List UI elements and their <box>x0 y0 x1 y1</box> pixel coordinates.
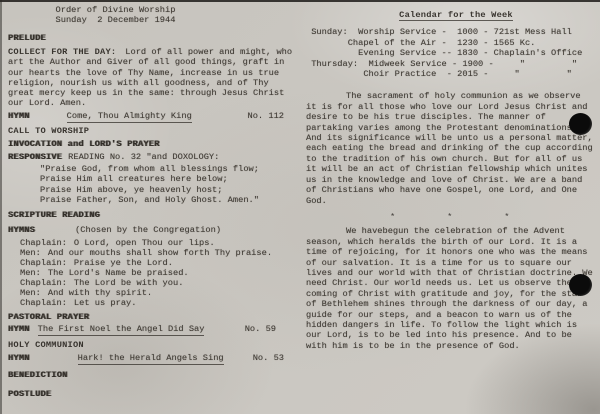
calendar-column: Calendar for the Week Sunday: Worship Se… <box>306 10 594 351</box>
hymn3-title: Hark! the Herald Angels Sing <box>78 354 224 364</box>
versicle-text: Praise ye the Lord. <box>74 258 173 268</box>
versicle-speaker: Chaplain: <box>20 278 67 288</box>
hole-punch-bottom <box>569 274 592 296</box>
doxology-block: "Praise God, from whom all blessings flo… <box>8 164 296 205</box>
versicle-text: O Lord, open Thou our lips. <box>74 238 215 248</box>
calendar-line: Choir Practice - 2015 - " " <box>306 69 594 79</box>
hymn-row-2: HYMN The First Noel the Angel Did Say No… <box>8 324 296 335</box>
doxology-line: Praise Father, Son, and Holy Ghost. Amen… <box>40 195 296 205</box>
hymn1-label: HYMN <box>8 111 30 121</box>
versicle-line: Men:And with thy spirit. <box>20 288 296 298</box>
calendar-line: Sunday: Worship Service - 1000 - 721st M… <box>306 27 594 37</box>
advent-message: We havebegun the celebration of the Adve… <box>306 226 594 351</box>
versicle-line: Men:And our mouths shall show forth Thy … <box>20 248 296 258</box>
versicle-speaker: Chaplain: <box>20 298 67 308</box>
versicle-speaker: Men: <box>20 248 41 258</box>
order-of-worship-column: Order of Divine Worship Sunday 2 Decembe… <box>8 5 296 400</box>
versicle-speaker: Chaplain: <box>20 258 67 268</box>
invocation-text: INVOCATION and LORD'S PRAYER <box>8 139 160 149</box>
section-holy-communion: HOLY COMMUNION <box>8 340 296 350</box>
collect-label: COLLECT FOR THE DAY: <box>8 47 116 57</box>
collect-text: Lord of all power and might, who art the… <box>8 47 292 108</box>
service-date: Sunday 2 December 1944 <box>8 15 223 25</box>
hymn1-number: No. 112 <box>248 111 285 121</box>
calendar-title: Calendar for the Week <box>366 10 546 21</box>
calendar-schedule: Sunday: Worship Service - 1000 - 721st M… <box>306 27 594 79</box>
versicle-line: Chaplain:O Lord, open Thou our lips. <box>20 238 296 248</box>
communion-message: The sacrament of holy communion as we ob… <box>306 91 594 205</box>
versicle-line: Chaplain:The Lord be with you. <box>20 278 296 288</box>
hymn3-label: HYMN <box>8 353 30 363</box>
calendar-title-text: Calendar for the Week <box>399 11 513 21</box>
doxology-line: Praise Him above, ye heavenly host; <box>40 185 296 195</box>
versicle-text: The Lord's Name be praised. <box>48 268 189 278</box>
versicle-text: And with thy spirit. <box>48 288 152 298</box>
hymn2-number: No. 59 <box>245 324 276 334</box>
collect-paragraph: COLLECT FOR THE DAY:Lord of all power an… <box>8 47 296 108</box>
section-call-to-worship: CALL TO WORSHIP <box>8 126 296 136</box>
versicle-line: Chaplain:Let us pray. <box>20 298 296 308</box>
hole-punch-top <box>569 113 592 135</box>
versicles-block: Chaplain:O Lord, open Thou our lips. Men… <box>8 238 296 308</box>
doxology-line: Praise Him all creatures here below; <box>40 174 296 184</box>
hymn2-label: HYMN <box>8 324 30 334</box>
versicle-text: Let us pray. <box>74 298 137 308</box>
versicle-speaker: Men: <box>20 268 41 278</box>
versicle-speaker: Men: <box>20 288 41 298</box>
hymns-note: (Chosen by the Congregation) <box>75 225 221 235</box>
calendar-line: Evening Service -- 1830 - Chaplain's Off… <box>306 48 594 58</box>
page-title: Order of Divine Worship <box>8 5 223 15</box>
calendar-line: Chapel of the Air - 1230 - 1565 Kc. <box>306 38 594 48</box>
versicle-speaker: Chaplain: <box>20 238 67 248</box>
doxology-line: "Praise God, from whom all blessings flo… <box>40 164 296 174</box>
hymn1-title: Come, Thou Almighty King <box>67 112 192 122</box>
section-prelude: PRELUDE <box>8 33 296 43</box>
section-scripture-reading: SCRIPTURE READING <box>8 210 296 220</box>
section-invocation: INVOCATION and LORD'S PRAYER <box>8 139 296 149</box>
scanned-bulletin-page: Order of Divine Worship Sunday 2 Decembe… <box>0 0 600 414</box>
asterisk-separator: * * * <box>306 212 594 222</box>
section-benediction: BENEDICTION <box>8 370 296 380</box>
hymn2-title: The First Noel the Angel Did Say <box>38 325 205 335</box>
calendar-line: Thursday: Midweek Service - 1900 - " " <box>306 59 594 69</box>
document-title-block: Order of Divine Worship Sunday 2 Decembe… <box>8 5 223 26</box>
hymn-row-1: HYMN Come, Thou Almighty King No. 112 <box>8 111 296 122</box>
versicle-text: And our mouths shall show forth Thy prai… <box>48 248 272 258</box>
versicle-text: The Lord be with you. <box>74 278 183 288</box>
hymns-label: HYMNS <box>8 225 35 235</box>
section-postlude: POSTLUDE <box>8 389 296 399</box>
section-pastoral-prayer: PASTORAL PRAYER <box>8 312 296 322</box>
section-responsive-reading: RESPONSIVEREADING No. 32 "and DOXOLOGY: <box>8 152 296 162</box>
hymns-row: HYMNS(Chosen by the Congregation) <box>8 225 296 235</box>
responsive-rest: READING No. 32 "and DOXOLOGY: <box>68 152 219 162</box>
versicle-line: Men:The Lord's Name be praised. <box>20 268 296 278</box>
hymn3-number: No. 53 <box>253 353 284 363</box>
versicle-line: Chaplain:Praise ye the Lord. <box>20 258 296 268</box>
responsive-word: RESPONSIVE <box>8 152 62 162</box>
hymn-row-3: HYMN Hark! the Herald Angels Sing No. 53 <box>8 353 296 364</box>
